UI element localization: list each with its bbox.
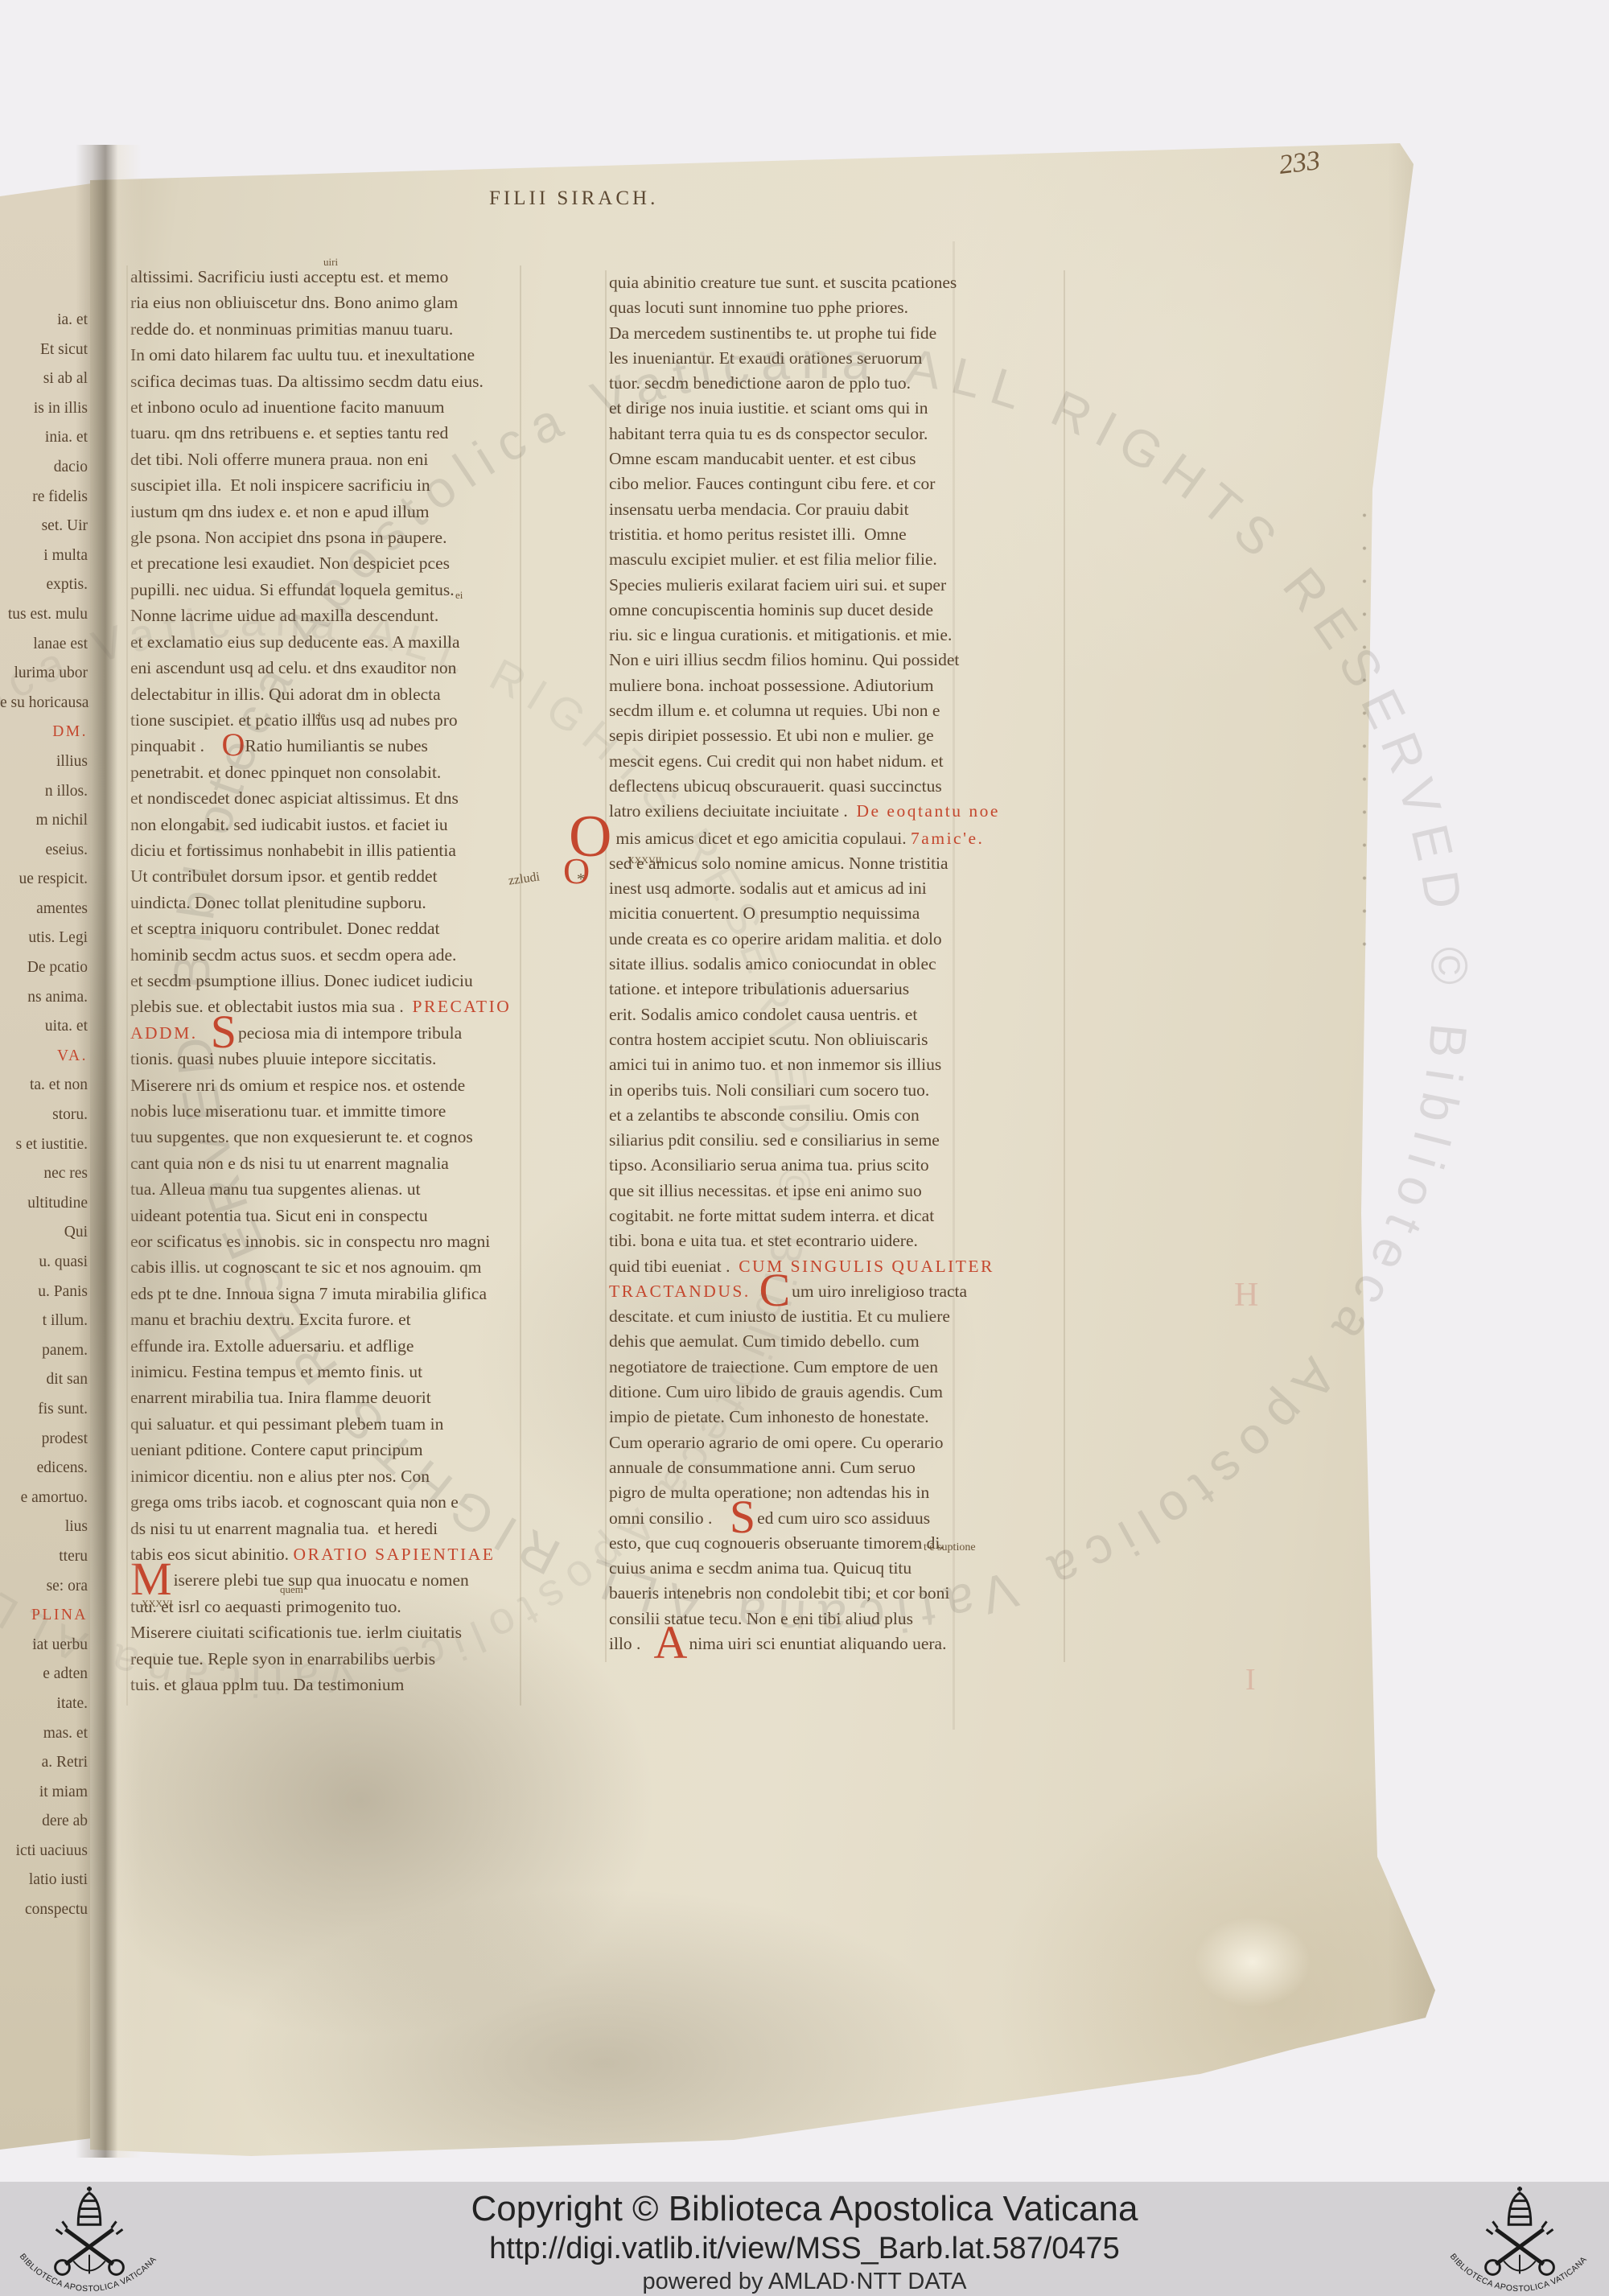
- ink-text: tipso. Aconsiliario serua anima tua. pri…: [609, 1155, 929, 1175]
- manuscript-line: mescit egens. Cui credit qui non habet n…: [609, 749, 1064, 774]
- ink-text: delectabitur in illis. Qui adorat dm in …: [130, 685, 441, 704]
- ink-text: tua. Alleua manu tua supgentes alienas. …: [130, 1179, 421, 1199]
- manuscript-line: ADDM. Speciosa mia di intempore tribula: [130, 1020, 533, 1046]
- manuscript-line: ia. et: [0, 306, 88, 335]
- marginal-note: uiri: [323, 256, 338, 269]
- manuscript-line: u. quasi: [0, 1248, 88, 1278]
- svg-text:BIBLIOTECA APOSTOLICA VATICANA: BIBLIOTECA APOSTOLICA VATICANA: [1448, 2253, 1589, 2294]
- manuscript-line: que sit illius necessitas. et ipse eni a…: [609, 1179, 1064, 1204]
- manuscript-line: et secdm psumptione illius. Donec iudice…: [130, 968, 533, 994]
- marginal-note: t ē suptione: [924, 1541, 976, 1554]
- manuscript-line: s et iustitie.: [0, 1130, 88, 1160]
- rubric-text: ADDM.: [130, 1023, 198, 1043]
- manuscript-line: unde creata es co operire aridam malitia…: [609, 927, 1064, 952]
- manuscript-line: ria eius non obliuiscetur dns. Bono anim…: [130, 290, 533, 315]
- manuscript-line: amentes: [0, 895, 88, 924]
- manuscript-line: sed e amicus solo nomine amicus. Nonne t…: [609, 851, 1064, 876]
- ink-text: dere ab: [42, 1813, 88, 1829]
- manuscript-line: e adten: [0, 1660, 88, 1689]
- ink-text: inest usq admorte. sodalis aut et amicus…: [609, 878, 927, 898]
- manuscript-line: dehis que aemulat. Cum timido debello. c…: [609, 1329, 1064, 1354]
- ink-text: ed cum uiro sco assiduus: [757, 1508, 930, 1528]
- ink-text: e su horicausa.: [0, 694, 93, 711]
- ink-text: dehis que aemulat. Cum timido debello. c…: [609, 1331, 920, 1351]
- ink-text: redde do. et nonminuas primitias manuu t…: [130, 319, 453, 339]
- ink-text: uindicta. Donec tollat plenitudine supbo…: [130, 893, 426, 912]
- rubric-initial: A: [654, 1616, 688, 1669]
- manuscript-line: in operibs tuis. Noli consiliari cum soc…: [609, 1078, 1064, 1103]
- ink-text: non elongabit. sed iudicabit iustos. et …: [130, 815, 448, 834]
- manuscript-line: e su horicausa.: [0, 689, 88, 718]
- ink-text: latio iusti: [29, 1871, 88, 1888]
- manuscript-line: inest usq admorte. sodalis aut et amicus…: [609, 876, 1064, 901]
- ink-text: quid tibi eueniat .: [609, 1257, 739, 1276]
- ink-text: cuius anima e secdm anima tua. Quicuq ti…: [609, 1558, 911, 1578]
- ink-text: nima uiri sci enuntiat aliquando uera.: [689, 1634, 946, 1653]
- manuscript-line: pupilli. nec uidua. Si effundat loquela …: [130, 577, 533, 603]
- ink-text: Ratio humiliantis se nubes: [245, 736, 428, 755]
- ink-text: eds pt te dne. Innoua signa 7 imuta mira…: [130, 1284, 487, 1303]
- manuscript-line: suscipiet illa. Et noli inspicere sacrif…: [130, 472, 533, 498]
- manuscript-line: eds pt te dne. Innoua signa 7 imuta mira…: [130, 1281, 533, 1306]
- manuscript-line: set. Uir: [0, 512, 88, 541]
- manuscript-line: qui saluatur. et qui pessimant plebem tu…: [130, 1411, 533, 1437]
- folio-number: 233: [1278, 146, 1322, 181]
- ink-text: tristitia. et homo peritus resistet illi…: [609, 525, 907, 544]
- ink-text: iserere plebi tue sup qua inuocatu e nom…: [174, 1570, 469, 1590]
- rubric-text: VA.: [57, 1047, 88, 1064]
- ink-text: ta. et non: [30, 1076, 88, 1093]
- manuscript-line: effunde ira. Extolle aduersariu. et adfl…: [130, 1333, 533, 1359]
- right-text-column: quia abinitio creature tue sunt. et susc…: [609, 270, 1064, 1656]
- rubric-text: DM.: [52, 723, 88, 740]
- ink-text: lanae est: [33, 636, 88, 652]
- manuscript-line: pigro de multa operatione; non adtendas …: [609, 1480, 1064, 1505]
- ink-text: gle psona. Non accipiet dns psona in pau…: [130, 528, 446, 547]
- tiara-cross-icon: [1517, 2187, 1522, 2191]
- ink-text: set. Uir: [42, 517, 88, 534]
- ink-text: ns anima.: [27, 989, 88, 1006]
- ink-text: edicens.: [37, 1459, 88, 1476]
- ink-text: u. Panis: [38, 1283, 88, 1300]
- ink-text: tibi. bona e uita tua. et stet econtrari…: [609, 1231, 918, 1250]
- manuscript-line: redde do. et nonminuas primitias manuu t…: [130, 316, 533, 342]
- manuscript-line: secdm illum e. et columna ut requies. Ub…: [609, 698, 1064, 723]
- manuscript-line: nec res: [0, 1159, 88, 1189]
- manuscript-line: quid tibi eueniat . CUM SINGULIS QUALITE…: [609, 1254, 1064, 1279]
- manuscript-line: uindicta. Donec tollat plenitudine supbo…: [130, 890, 533, 916]
- manuscript-line: tuor. secdm benedictione aaron de pplo t…: [609, 371, 1064, 396]
- manuscript-line: lius: [0, 1512, 88, 1542]
- ink-text: que sit illius necessitas. et ipse eni a…: [609, 1181, 922, 1200]
- manuscript-line: ns anima.: [0, 983, 88, 1013]
- manuscript-line: panem.: [0, 1336, 88, 1366]
- vatican-library-logo-right: BIBLIOTECA APOSTOLICA VATICANA: [1435, 2183, 1604, 2294]
- ink-text: tuor. secdm benedictione aaron de pplo t…: [609, 373, 911, 393]
- ink-text: dit san: [47, 1371, 88, 1388]
- ink-text: De pcatio: [27, 959, 88, 976]
- manuscript-line: Ut contribulet dorsum ipsor. et gentib r…: [130, 863, 533, 889]
- ink-text: tuu supgentes. que non exquesierunt te. …: [130, 1127, 473, 1146]
- rubric-text: TRACTANDUS.: [609, 1282, 751, 1301]
- manuscript-line: ds nisi tu ut enarrent magnalia tua. et …: [130, 1516, 533, 1541]
- marginal-note: quem: [280, 1583, 303, 1596]
- manuscript-line: Omne escam manducabit uenter. et est cib…: [609, 446, 1064, 471]
- ink-text: tteru: [59, 1548, 88, 1565]
- ink-text: qui saluatur. et qui pessimant plebem tu…: [130, 1414, 443, 1434]
- ink-text: eseius.: [45, 841, 88, 858]
- manuscript-line: iustum qm dns iudex e. et non e apud ill…: [130, 499, 533, 525]
- manuscript-line: exptis.: [0, 570, 88, 600]
- manuscript-line: inimicu. Festina tempus et memto finis. …: [130, 1359, 533, 1385]
- manuscript-line: omne concupiscentia hominis sup ducet de…: [609, 598, 1064, 623]
- ink-text: mescit egens. Cui credit qui non habet n…: [609, 751, 944, 771]
- ink-text: ia. et: [57, 311, 88, 328]
- manuscript-line: illo . Anima uiri sci enuntiat aliquando…: [609, 1631, 1064, 1656]
- ink-text: pupilli. nec uidua. Si effundat loquela …: [130, 580, 455, 599]
- ink-text: Cum operario agrario de omi opere. Cu op…: [609, 1433, 944, 1452]
- manuscript-line: non elongabit. sed iudicabit iustos. et …: [130, 812, 533, 837]
- manuscript-line: inia. et: [0, 423, 88, 453]
- manuscript-line: cant quia non e ds nisi tu ut enarrent m…: [130, 1150, 533, 1176]
- manuscript-line: hominib secdm actus suos. et secdm opera…: [130, 942, 533, 968]
- ink-text: diciu et fortissimus nonhabebit in illis…: [130, 841, 456, 860]
- ink-text: lius: [65, 1518, 88, 1535]
- manuscript-line: cabis illis. ut cognoscant te sic et nos…: [130, 1254, 533, 1280]
- ink-text: mis amicus dicet et ego amicitia copulau…: [615, 829, 911, 848]
- ink-text: panem.: [42, 1342, 88, 1359]
- manuscript-line: erit. Sodalis amico condolet causa uentr…: [609, 1002, 1064, 1027]
- ink-text: [198, 1023, 211, 1043]
- ink-text: les inueniantur. Et exaudi orationes ser…: [609, 348, 922, 368]
- ink-text: s et iustitie.: [16, 1136, 88, 1153]
- ink-text: et sceptra iniquoru contribulet. Donec r…: [130, 919, 439, 938]
- source-url: http://digi.vatlib.it/view/MSS_Barb.lat.…: [0, 2230, 1609, 2267]
- ink-text: lurima ubor: [14, 665, 88, 681]
- ink-text: i multa: [43, 547, 88, 564]
- manuscript-line: PLINA: [0, 1601, 88, 1631]
- manuscript-line: De pcatio: [0, 953, 88, 983]
- manuscript-line: grega oms tribs iacob. et cognoscant qui…: [130, 1489, 533, 1515]
- manuscript-line: lurima ubor: [0, 659, 88, 689]
- ink-text: riu. sic e lingua curationis. et mitigat…: [609, 625, 952, 644]
- ink-text: quia abinitio creature tue sunt. et susc…: [609, 273, 957, 292]
- manuscript-line: inimicor dicentiu. non e alius pter nos.…: [130, 1463, 533, 1489]
- rubric-initial: C: [759, 1264, 790, 1316]
- ink-text: e adten: [43, 1665, 88, 1682]
- ink-text: illius: [56, 753, 88, 770]
- ink-text: uideant potentia tua. Sicut eni in consp…: [130, 1206, 428, 1225]
- ink-text: Species mulieris exilarat faciem uiri su…: [609, 575, 946, 595]
- manuscript-line: penetrabit. et donec ppinquet non consol…: [130, 759, 533, 785]
- manuscript-line: contra hostem accipiet scutu. Non obliui…: [609, 1027, 1064, 1052]
- ink-text: latro exiliens deciuitate inciuitate .: [609, 801, 856, 821]
- manuscript-line: delectabitur in illis. Qui adorat dm in …: [130, 681, 533, 707]
- ink-text: effunde ira. Extolle aduersariu. et adfl…: [130, 1336, 414, 1356]
- ink-text: Da mercedem sustinentibs te. ut prophe t…: [609, 323, 936, 343]
- footer-bar: Copyright © Biblioteca Apostolica Vatica…: [0, 2182, 1609, 2296]
- ink-text: enarrent mirabilia tua. Inira flamme deu…: [130, 1388, 431, 1407]
- manuscript-line: diciu et fortissimus nonhabebit in illis…: [130, 837, 533, 863]
- ruling-line: [126, 265, 128, 1706]
- manuscript-line: riu. sic e lingua curationis. et mitigat…: [609, 623, 1064, 648]
- ink-text: et a zelantibs te absconde consiliu. Omi…: [609, 1105, 920, 1125]
- ink-text: Miserere ciuitati scificationis tue. ier…: [130, 1623, 462, 1642]
- manuscript-line: eor scificatus es innobis. sic in conspe…: [130, 1228, 533, 1254]
- ink-text: amici tui in animo tuo. et non inmemor s…: [609, 1055, 941, 1074]
- marginal-note: XXXVII: [628, 854, 662, 866]
- ink-text: iat uerbu: [32, 1636, 88, 1653]
- ink-text: altissimi. Sacrificiu iusti acceptu est.…: [130, 267, 448, 286]
- ink-text: pigro de multa operatione; non adtendas …: [609, 1483, 929, 1502]
- manuscript-line: tipso. Aconsiliario serua anima tua. pri…: [609, 1153, 1064, 1178]
- manuscript-line: fis sunt.: [0, 1395, 88, 1425]
- rubric-initial: O: [221, 726, 245, 763]
- manuscript-line: les inueniantur. Et exaudi orationes ser…: [609, 346, 1064, 371]
- manuscript-line: descitate. et cum iniusto de iustitia. E…: [609, 1304, 1064, 1329]
- ink-text: peciosa mia di intempore tribula: [238, 1023, 462, 1043]
- rubric-initial: S: [730, 1491, 755, 1543]
- manuscript-line: mas. et: [0, 1719, 88, 1749]
- ink-text: negotiatore de traiectione. Cum emptore …: [609, 1357, 938, 1376]
- manuscript-line: impio de pietate. Cum inhonesto de hones…: [609, 1405, 1064, 1430]
- rubric-text: PLINA: [31, 1607, 88, 1623]
- manuscript-line: tatione. et intepore tribulationis aduer…: [609, 977, 1064, 1002]
- manuscript-line: e amortuo.: [0, 1483, 88, 1513]
- manuscript-line: gle psona. Non accipiet dns psona in pau…: [130, 525, 533, 550]
- ink-text: eni ascendunt usq ad celu. et dns exaudi…: [130, 658, 456, 677]
- ink-text: siliarius pdit consiliu. sed e consiliar…: [609, 1130, 940, 1150]
- manuscript-line: icti uaciuus: [0, 1837, 88, 1866]
- ink-text: inimicu. Festina tempus et memto finis. …: [130, 1362, 422, 1381]
- ink-text: requie tue. Reple syon in enarrabilibs u…: [130, 1649, 435, 1669]
- ink-text: cant quia non e ds nisi tu ut enarrent m…: [130, 1154, 449, 1173]
- manuscript-line: plebis sue. et oblectabit iustos mia sua…: [130, 994, 533, 1019]
- manuscript-line: ue respicit.: [0, 865, 88, 895]
- manuscript-line: et a zelantibs te absconde consiliu. Omi…: [609, 1103, 1064, 1128]
- manuscript-line: muliere bona. inchoat possessione. Adiut…: [609, 673, 1064, 698]
- manuscript-line: utis. Legi: [0, 924, 88, 953]
- manuscript-line: is in illis: [0, 394, 88, 424]
- manuscript-line: conspectu: [0, 1895, 88, 1925]
- manuscript-line: siliarius pdit consiliu. sed e consiliar…: [609, 1128, 1064, 1153]
- manuscript-line: Cum operario agrario de omi opere. Cu op…: [609, 1430, 1064, 1455]
- ink-text: Miserere nri ds omium et respice nos. et…: [130, 1076, 465, 1095]
- manuscript-line: Qui: [0, 1218, 88, 1248]
- ink-text: scifica decimas tuas. Da altissimo secdm…: [130, 372, 484, 391]
- ink-text: u. quasi: [39, 1253, 88, 1270]
- ink-text: cogitabit. ne forte mittat sudem interra…: [609, 1206, 934, 1225]
- ink-text: sepis diripiet possessio. Et ubi non e m…: [609, 726, 934, 745]
- ink-text: inimicor dicentiu. non e alius pter nos.…: [130, 1467, 430, 1486]
- manuscript-line: Da mercedem sustinentibs te. ut prophe t…: [609, 321, 1064, 346]
- ink-text: insensatu uerba mendacia. Cor prauiu dab…: [609, 500, 909, 519]
- manuscript-line: tteru: [0, 1542, 88, 1572]
- ink-text: amentes: [36, 900, 88, 917]
- manuscript-line: ta. et non: [0, 1071, 88, 1101]
- tiara-cross-icon: [87, 2187, 92, 2191]
- manuscript-line: ditione. Cum uiro libido de grauis agend…: [609, 1380, 1064, 1405]
- pricking-dots: [1362, 499, 1367, 957]
- ink-text: itate.: [57, 1695, 88, 1712]
- ink-text: ueniant pditione. Contere caput principu…: [130, 1440, 423, 1459]
- manuscript-line: Miserere plebi tue sup qua inuocatu e no…: [130, 1567, 533, 1593]
- manuscript-line: tabis eos sicut abinitio. ORATIO SAPIENT…: [130, 1541, 533, 1567]
- ink-text: et dirige nos inuia iustitie. et sciant …: [609, 398, 928, 418]
- manuscript-line: TRACTANDUS. Cum uiro inreligioso tracta: [609, 1279, 1064, 1304]
- ink-text: impio de pietate. Cum inhonesto de hones…: [609, 1407, 929, 1426]
- ink-text: it miam: [39, 1784, 88, 1800]
- manuscript-line: m nichil: [0, 806, 88, 836]
- rubric-text: De eoqtantu noe: [856, 801, 999, 821]
- ink-text: omne concupiscentia hominis sup ducet de…: [609, 600, 933, 619]
- manuscript-line: uideant potentia tua. Sicut eni in consp…: [130, 1203, 533, 1228]
- manuscript-line: tuis. et glaua pplm tuu. Da testimonium: [130, 1672, 533, 1697]
- ink-text: Non e uiri illius secdm filios hominu. Q…: [609, 650, 959, 669]
- manuscript-line: et sceptra iniquoru contribulet. Donec r…: [130, 916, 533, 941]
- marginal-note: H: [1234, 1276, 1258, 1315]
- manuscript-line: det tibi. Noli offerre munera praua. non…: [130, 446, 533, 472]
- manuscript-line: ultitudine: [0, 1189, 88, 1219]
- ink-text: ue respicit.: [19, 870, 88, 887]
- rubric-text: 7amic'e.: [911, 829, 984, 848]
- manuscript-line: Non e uiri illius secdm filios hominu. Q…: [609, 648, 1064, 673]
- ink-text: sitate illius. sodalis amico coniocundat…: [609, 954, 936, 973]
- ink-text: cabis illis. ut cognoscant te sic et nos…: [130, 1257, 482, 1277]
- ink-text: is in illis: [34, 400, 88, 417]
- ruling-line: [605, 270, 607, 1662]
- manuscript-line: edicens.: [0, 1454, 88, 1483]
- ink-text: mas. et: [43, 1725, 88, 1742]
- manuscript-line: tione suscipiet. et pcatio illius usq ad…: [130, 707, 533, 733]
- ink-text: quas locuti sunt innomine tuo pphe prior…: [609, 298, 908, 317]
- manuscript-line: tionis. quasi nubes pluuie intepore sicc…: [130, 1046, 533, 1072]
- ink-text: Nonne lacrime uidue ad maxilla descendun…: [130, 606, 438, 625]
- ink-text: et nondiscedet donec aspiciat altissimus…: [130, 788, 459, 808]
- manuscript-line: prodest: [0, 1425, 88, 1455]
- rubric-initial: S: [211, 1006, 237, 1058]
- ink-text: m nichil: [36, 812, 88, 829]
- ink-text: suscipiet illa. Et noli inspicere sacrif…: [130, 475, 430, 495]
- manuscript-line: amici tui in animo tuo. et non inmemor s…: [609, 1052, 1064, 1077]
- copyright-line: Copyright © Biblioteca Apostolica Vatica…: [0, 2188, 1609, 2230]
- manuscript-line: tibi. bona e uita tua. et stet econtrari…: [609, 1228, 1064, 1253]
- manuscript-line: scifica decimas tuas. Da altissimo secdm…: [130, 368, 533, 394]
- manuscript-line: dit san: [0, 1365, 88, 1395]
- powered-by-line: powered by AMLAD·NTT DATA: [0, 2267, 1609, 2296]
- manuscript-line: quas locuti sunt innomine tuo pphe prior…: [609, 295, 1064, 320]
- ink-text: [751, 1282, 759, 1301]
- marginal-note: *: [577, 870, 585, 889]
- ink-text: et secdm psumptione illius. Donec iudice…: [130, 971, 473, 990]
- ink-text: masculu excipiet mulier. et est filia me…: [609, 549, 937, 569]
- ink-text: icti uaciuus: [16, 1842, 88, 1859]
- manuscript-line: masculu excipiet mulier. et est filia me…: [609, 547, 1064, 572]
- ink-text: tatione. et intepore tribulationis aduer…: [609, 979, 909, 998]
- ink-text: det tibi. Noli offerre munera praua. non…: [130, 450, 428, 469]
- manuscript-line: et exclamatio eius sup deducente eas. A …: [130, 629, 533, 655]
- manuscript-line: i multa: [0, 541, 88, 571]
- manuscript-line: sepis diripiet possessio. Et ubi non e m…: [609, 723, 1064, 748]
- ink-text: prodest: [42, 1430, 88, 1447]
- ink-text: contra hostem accipiet scutu. Non obliui…: [609, 1030, 928, 1049]
- manuscript-line: uita. et: [0, 1012, 88, 1042]
- ink-text: plebis sue. et oblectabit iustos mia sua…: [130, 997, 413, 1016]
- vatican-library-logo-left: BIBLIOTECA APOSTOLICA VATICANA: [5, 2183, 174, 2294]
- manuscript-line: tus est. mulu: [0, 600, 88, 630]
- marginal-note: de: [315, 710, 325, 722]
- manuscript-line: iat uerbu: [0, 1631, 88, 1660]
- previous-page-line-endings: ia. etEt sicutsi ab alis in illisinia. e…: [0, 306, 88, 1925]
- footer-text-block: Copyright © Biblioteca Apostolica Vatica…: [0, 2188, 1609, 2296]
- ink-text: erit. Sodalis amico condolet causa uentr…: [609, 1005, 917, 1024]
- ink-text: Omne escam manducabit uenter. et est cib…: [609, 449, 916, 468]
- ink-text: esto, que cuq cognoueris obseruante timo…: [609, 1533, 944, 1553]
- manuscript-line: n illos.: [0, 777, 88, 807]
- manuscript-line: cogitabit. ne forte mittat sudem interra…: [609, 1204, 1064, 1228]
- manuscript-line: DM.: [0, 718, 88, 747]
- manuscript-line: negotiatore de traiectione. Cum emptore …: [609, 1355, 1064, 1380]
- manuscript-line: dere ab: [0, 1807, 88, 1837]
- ink-text: habitant terra quia tu es ds conspector …: [609, 424, 928, 443]
- manuscript-line: se: ora: [0, 1572, 88, 1602]
- manuscript-line: In omi dato hilarem fac uultu tuu. et in…: [130, 342, 533, 368]
- manuscript-line: tua. Alleua manu tua supgentes alienas. …: [130, 1176, 533, 1202]
- ink-text: baueris intenebris non condolebit tibi; …: [609, 1583, 949, 1603]
- manuscript-line: cibo melior. Fauces contingunt cibu fere…: [609, 471, 1064, 496]
- ink-text: re fidelis: [32, 488, 88, 505]
- ink-text: um uiro inreligioso tracta: [792, 1282, 967, 1301]
- ink-text: hominib secdm actus suos. et secdm opera…: [130, 945, 456, 965]
- manuscript-line: Nonne lacrime uidue ad maxilla descendun…: [130, 603, 533, 628]
- ink-text: tuaru. qm dns retribuens e. et septies t…: [130, 423, 448, 442]
- manuscript-line: ueniant pditione. Contere caput principu…: [130, 1437, 533, 1463]
- ink-text: Ut contribulet dorsum ipsor. et gentib r…: [130, 866, 438, 886]
- ink-text: conspectu: [25, 1901, 88, 1918]
- ink-text: inia. et: [45, 429, 88, 446]
- ink-text: utis. Legi: [28, 929, 88, 946]
- marginal-note: ei: [455, 589, 463, 602]
- ink-text: et exclamatio eius sup deducente eas. A …: [130, 632, 460, 652]
- ink-text: Et sicut: [40, 341, 88, 358]
- ink-text: fis sunt.: [38, 1401, 88, 1418]
- ink-text: storu.: [52, 1106, 88, 1123]
- ink-text: nobis luce miserationu tuar. et immitte …: [130, 1101, 446, 1121]
- manuscript-line: latro exiliens deciuitate inciuitate . D…: [609, 799, 1064, 824]
- ink-text: tionis. quasi nubes pluuie intepore sicc…: [130, 1049, 436, 1068]
- ink-text: In omi dato hilarem fac uultu tuu. et in…: [130, 345, 475, 364]
- manuscript-line: omni consilio . Sed cum uiro sco assiduu…: [609, 1506, 1064, 1531]
- ink-text: manu et brachiu dextru. Excita furore. e…: [130, 1310, 411, 1329]
- manuscript-line: requie tue. Reple syon in enarrabilibs u…: [130, 1646, 533, 1672]
- manuscript-line: enarrent mirabilia tua. Inira flamme deu…: [130, 1385, 533, 1410]
- ink-text: micitia conuertent. O presumptio nequiss…: [609, 903, 920, 923]
- ink-text: grega oms tribs iacob. et cognoscant qui…: [130, 1492, 459, 1512]
- ink-text: dacio: [54, 459, 88, 475]
- manuscript-line: quia abinitio creature tue sunt. et susc…: [609, 270, 1064, 295]
- ink-text: muliere bona. inchoat possessione. Adiut…: [609, 676, 934, 695]
- manuscript-line: Et sicut: [0, 335, 88, 365]
- ink-text: uita. et: [45, 1018, 88, 1035]
- manuscript-line: insensatu uerba mendacia. Cor prauiu dab…: [609, 497, 1064, 522]
- manuscript-line: tuaru. qm dns retribuens e. et septies t…: [130, 420, 533, 446]
- manuscript-line: annuale de consummatione anni. Cum seruo: [609, 1455, 1064, 1480]
- ink-text: omni consilio .: [609, 1508, 730, 1528]
- ink-text: e amortuo.: [21, 1489, 88, 1506]
- ink-text: illo .: [609, 1634, 654, 1653]
- ink-text: in operibs tuis. Noli consiliari cum soc…: [609, 1080, 929, 1100]
- ink-text: pinquabit .: [130, 736, 221, 755]
